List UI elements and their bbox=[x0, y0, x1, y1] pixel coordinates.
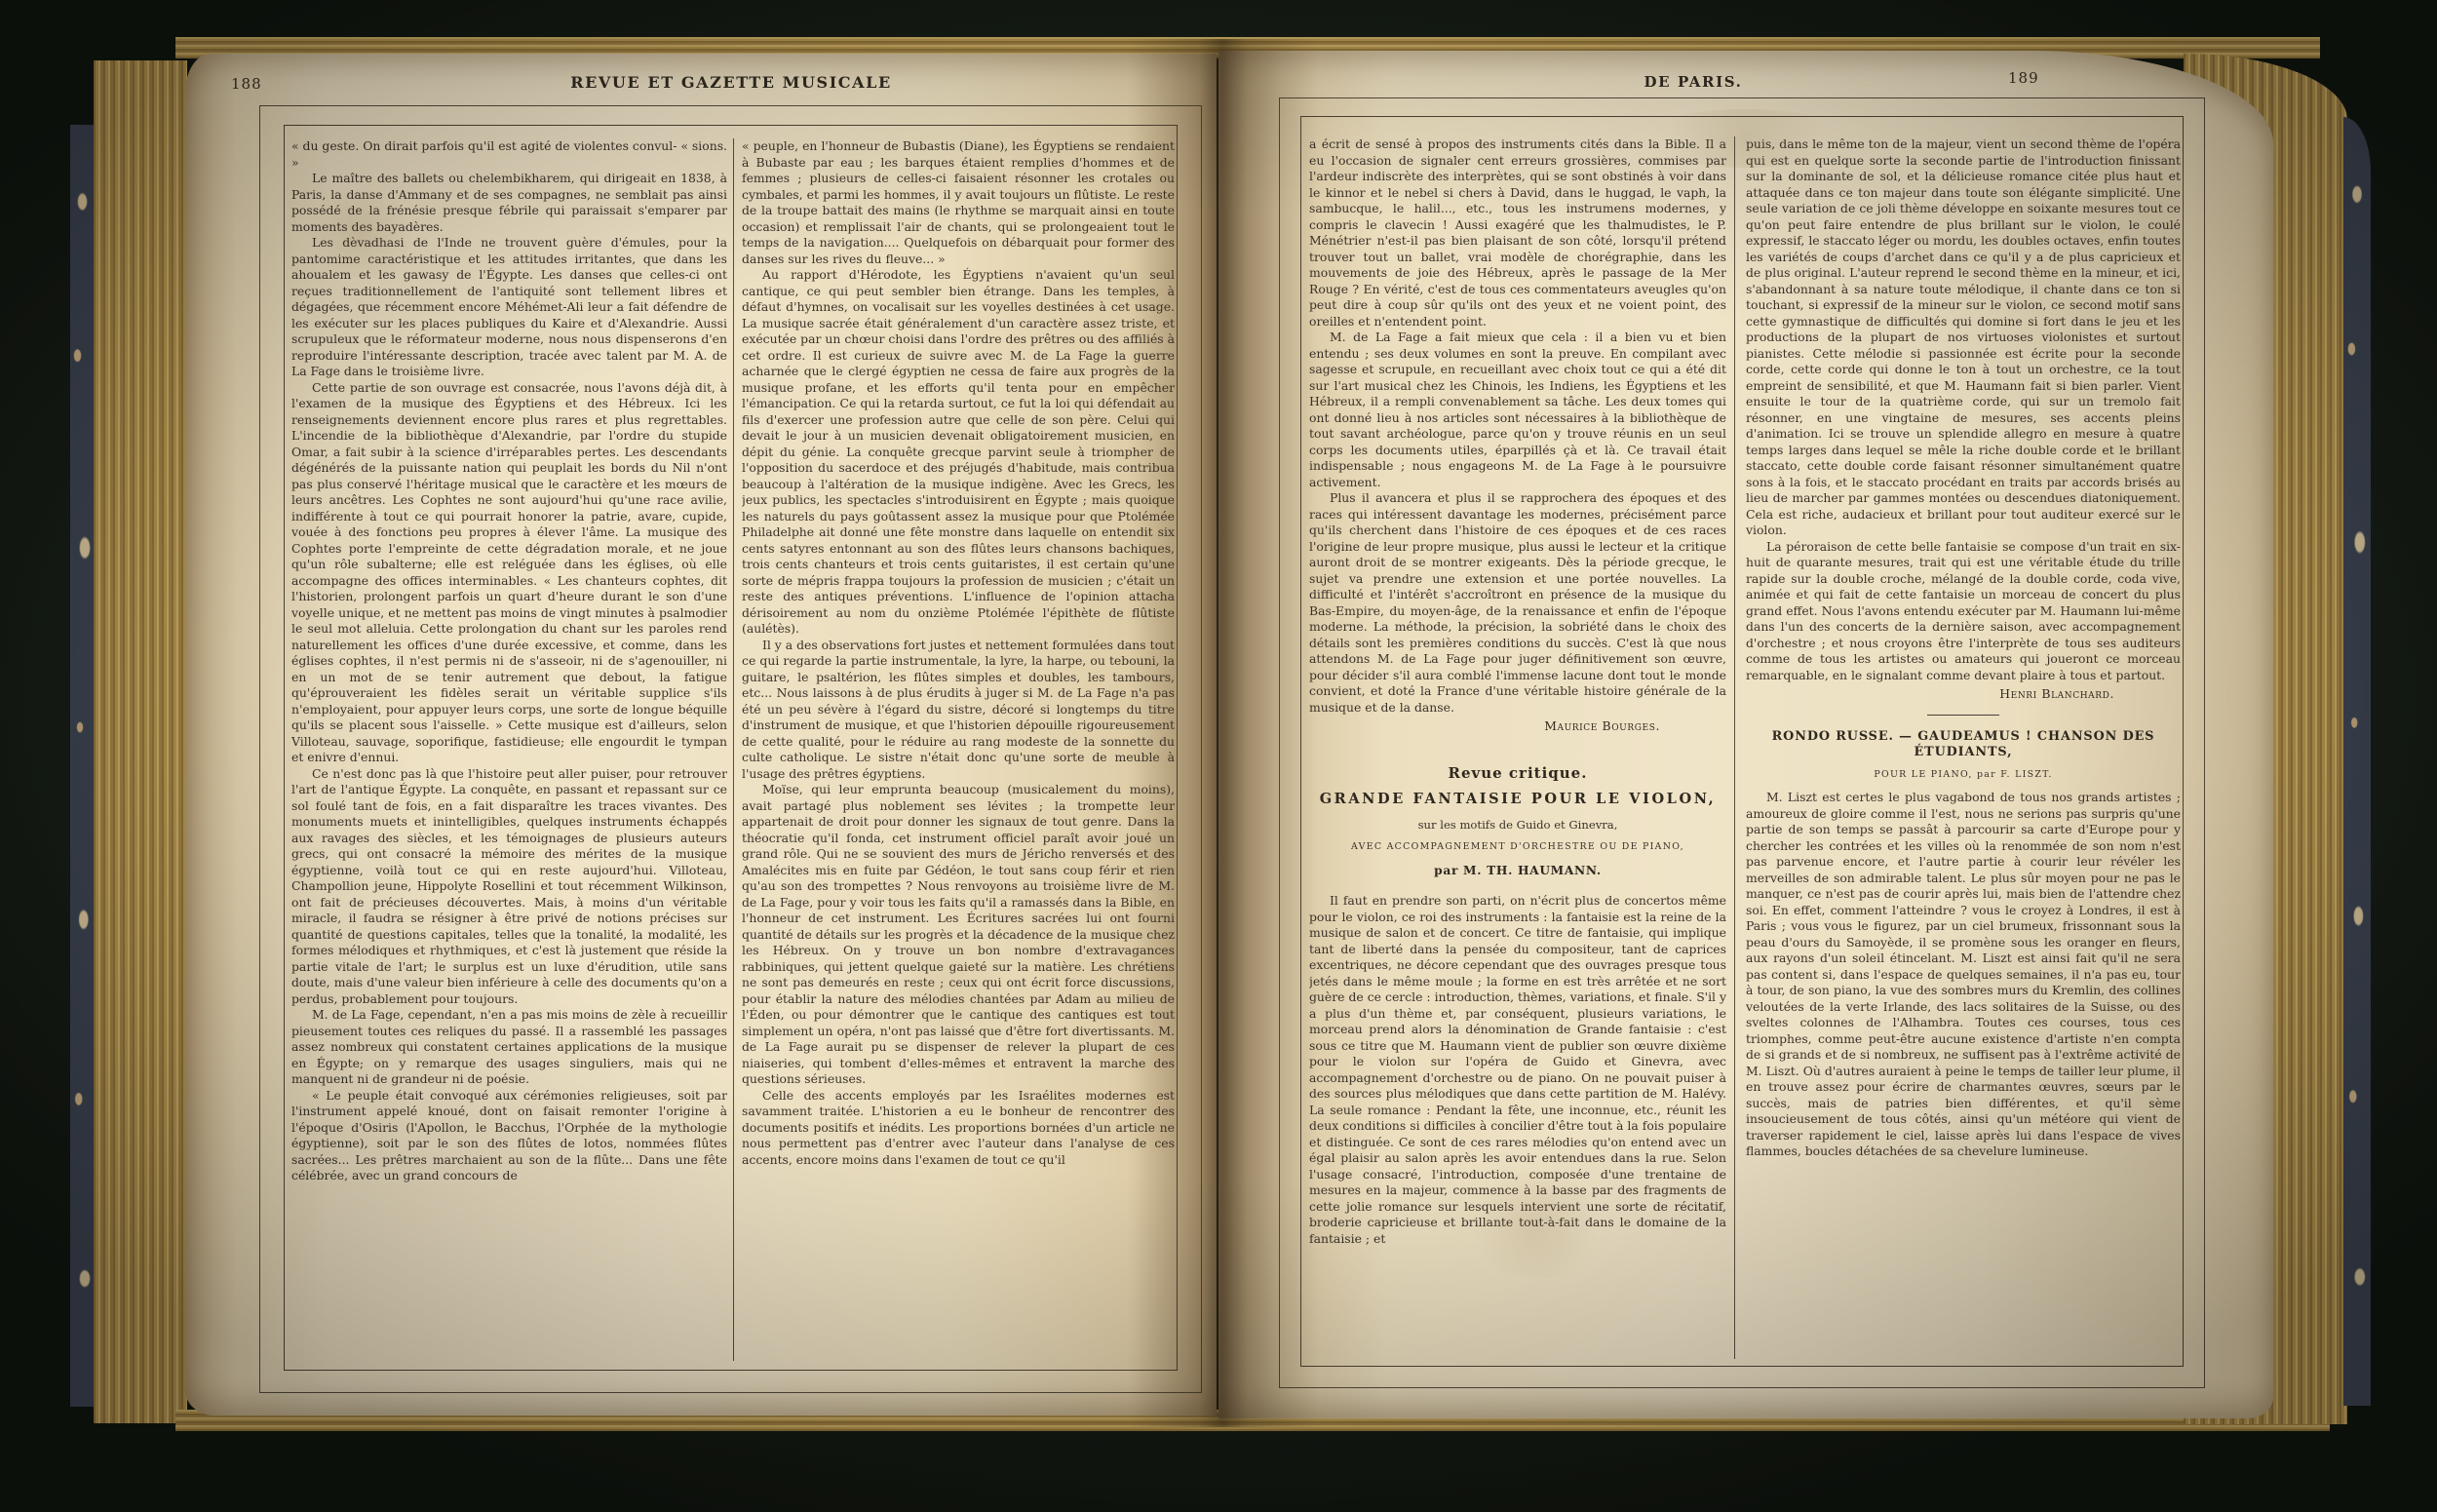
text-block-p: M. de La Fage, cependant, n'en a pas mis… bbox=[291, 1007, 727, 1088]
left-folio: 188 bbox=[231, 75, 262, 93]
text-block-p: Cette partie de son ouvrage est consacré… bbox=[291, 380, 727, 766]
text-block-p: Il y a des observations fort justes et n… bbox=[742, 638, 1175, 783]
text-block-h2: GRANDE FANTAISIE POUR LE VIOLON, bbox=[1309, 792, 1726, 808]
text-block-hrule bbox=[1927, 715, 1999, 716]
text-block-p: Les dèvadhasi de l'Inde ne trouvent guèr… bbox=[291, 235, 727, 380]
text-block-p: « Le peuple était convoqué aux cérémonie… bbox=[291, 1088, 727, 1184]
text-block-p: Il faut en prendre son parti, on n'écrit… bbox=[1309, 893, 1726, 1247]
right-column-2: puis, dans le même ton de la majeur, vie… bbox=[1746, 136, 2181, 1359]
text-block-p: Au rapport d'Hérodote, les Égyptiens n'a… bbox=[742, 267, 1175, 638]
text-block-p: M. de La Fage a fait mieux que cela : il… bbox=[1309, 330, 1726, 490]
left-column-2: « peuple, en l'honneur de Bubastis (Dian… bbox=[742, 138, 1175, 1361]
left-column-1: « du geste. On dirait parfois qu'il est … bbox=[291, 138, 727, 1361]
left-page: 188 REVUE ET GAZETTE MUSICALE « du geste… bbox=[185, 54, 1217, 1415]
right-column-divider bbox=[1734, 136, 1735, 1359]
left-running-title: REVUE ET GAZETTE MUSICALE bbox=[439, 73, 1024, 92]
right-page: DE PARIS. 189 a écrit de sensé à propos … bbox=[1218, 51, 2273, 1418]
text-block-p: La péroraison de cette belle fantaisie s… bbox=[1746, 539, 2181, 684]
marbled-board-edge-right bbox=[2343, 117, 2371, 1406]
book-photo-canvas: 188 REVUE ET GAZETTE MUSICALE « du geste… bbox=[0, 0, 2437, 1512]
text-block-h5: par M. TH. HAUMANN. bbox=[1309, 863, 1726, 879]
text-block-h1: Revue critique. bbox=[1309, 765, 1726, 782]
text-block-p: M. Liszt est certes le plus vagabond de … bbox=[1746, 790, 2181, 1160]
text-block-p: Le maître des ballets ou chelembikharem,… bbox=[291, 171, 727, 235]
text-block-sig: Maurice Bourges. bbox=[1309, 718, 1726, 735]
text-block-srule bbox=[1415, 743, 1620, 752]
text-block-sig: Henri Blanchard. bbox=[1746, 686, 2181, 703]
text-block-p: Ce n'est donc pas là que l'histoire peut… bbox=[291, 766, 727, 1008]
marbled-board-edge-left bbox=[70, 125, 95, 1407]
text-block-h2r: RONDO RUSSE. — GAUDEAMUS ! CHANSON DES É… bbox=[1746, 729, 2181, 761]
text-block-h4: POUR LE PIANO, par F. LISZT. bbox=[1746, 767, 2181, 784]
text-block-p: Moïse, qui leur emprunta beaucoup (music… bbox=[742, 782, 1175, 1088]
text-block-pc: puis, dans le même ton de la majeur, vie… bbox=[1746, 136, 2181, 539]
right-folio: 189 bbox=[2008, 69, 2039, 87]
text-block-pc: « peuple, en l'honneur de Bubastis (Dian… bbox=[742, 138, 1175, 267]
text-block-pc: a écrit de sensé à propos des instrument… bbox=[1309, 136, 1726, 330]
text-block-p: Plus il avancera et plus il se rapproche… bbox=[1309, 490, 1726, 716]
text-block-p: Celle des accents employés par les Israé… bbox=[742, 1088, 1175, 1169]
left-column-divider bbox=[733, 138, 734, 1361]
text-block-h4: AVEC ACCOMPAGNEMENT D'ORCHESTRE OU DE PI… bbox=[1309, 839, 1726, 856]
gilt-page-edges-left bbox=[94, 60, 187, 1423]
text-block-pc: « du geste. On dirait parfois qu'il est … bbox=[291, 138, 727, 171]
right-running-title: DE PARIS. bbox=[1401, 73, 1986, 91]
right-column-1: a écrit de sensé à propos des instrument… bbox=[1309, 136, 1726, 1359]
text-block-h3: sur les motifs de Guido et Ginevra, bbox=[1309, 817, 1726, 834]
